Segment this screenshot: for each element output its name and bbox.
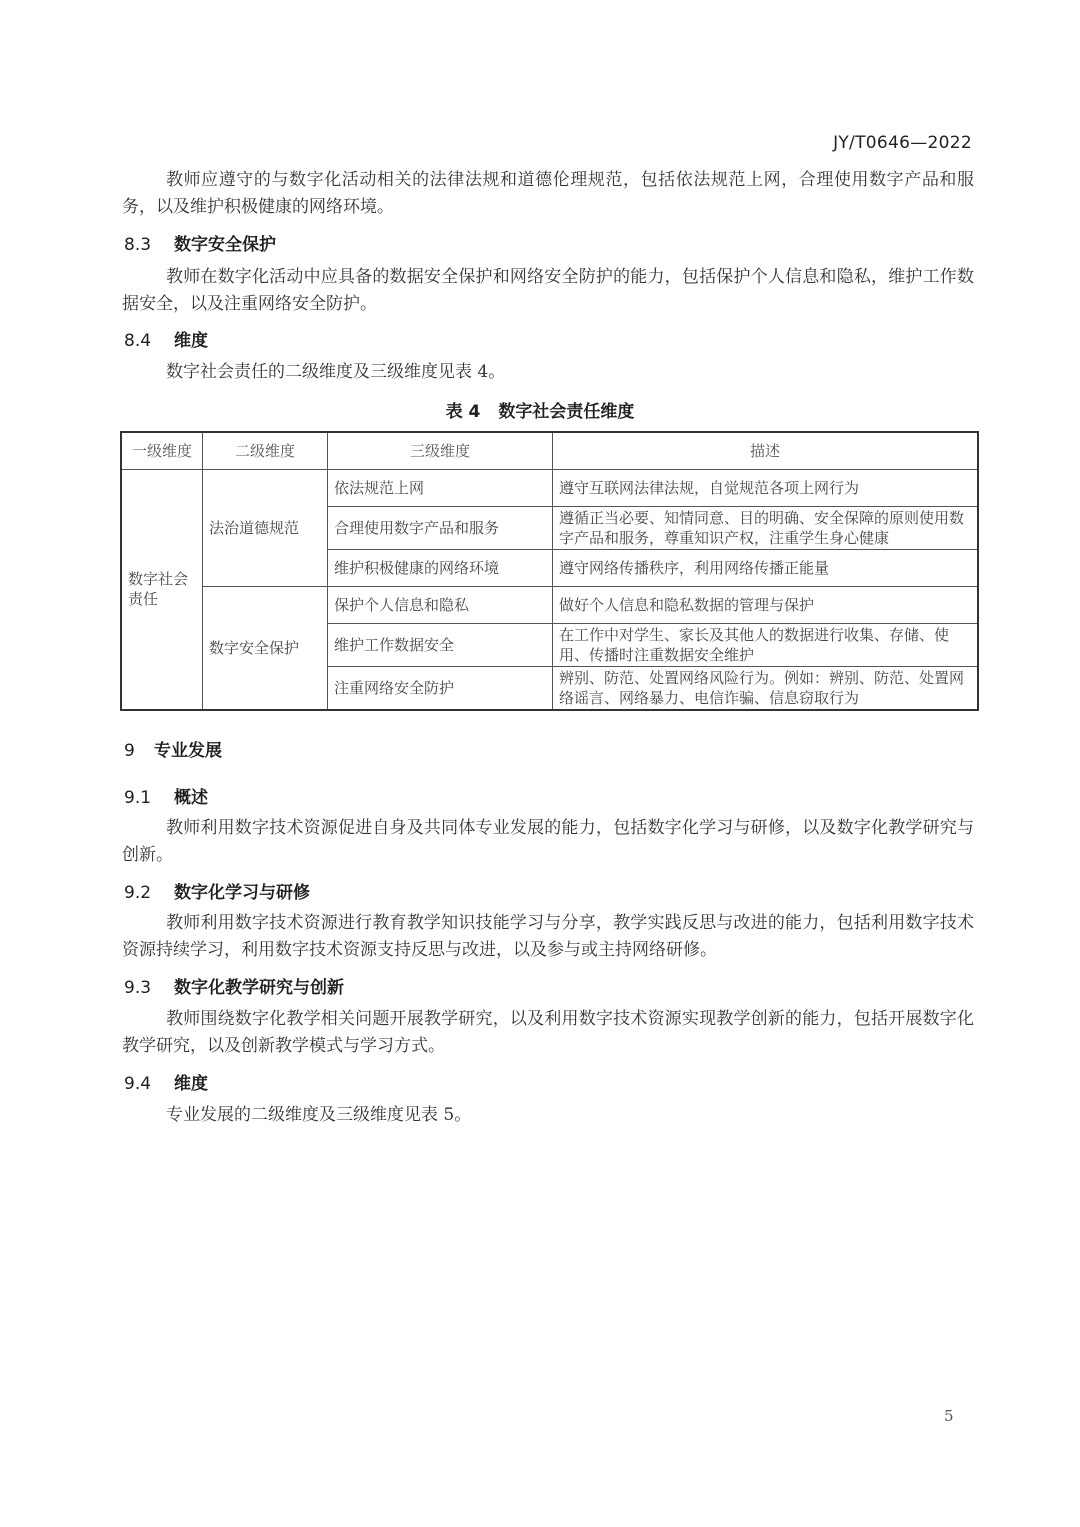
description-cell: 辨别、防范、处置网络风险行为。例如：辨别、防范、处置网络谣言、网络暴力、电信诈骗… <box>553 667 979 710</box>
section-number: 8.4 <box>124 331 174 351</box>
intro-paragraph: 教师应遵守的与数字化活动相关的法律法规和道德伦理规范，包括依法规范上网，合理使用… <box>122 167 974 221</box>
level3-cell: 维护工作数据安全 <box>328 624 553 667</box>
section-title: 维度 <box>174 1074 208 1094</box>
section-title: 数字化学习与研修 <box>174 883 310 903</box>
header-level2: 二级维度 <box>203 432 328 470</box>
section-title: 概述 <box>174 788 208 808</box>
section-title: 数字安全保护 <box>174 235 276 255</box>
section-title: 数字化教学研究与创新 <box>174 978 344 998</box>
level3-cell: 依法规范上网 <box>328 470 553 507</box>
table-row: 数字社会 责任 法治道德规范 依法规范上网 遵守互联网法律法规，自觉规范各项上网… <box>121 470 978 507</box>
table-header-row: 一级维度 二级维度 三级维度 描述 <box>121 432 978 470</box>
page-number: 5 <box>944 1407 954 1425</box>
header-level1: 一级维度 <box>121 432 203 470</box>
description-cell: 做好个人信息和隐私数据的管理与保护 <box>553 587 979 624</box>
section-body-9-4: 专业发展的二级维度及三级维度见表 5。 <box>122 1102 974 1129</box>
section-body-8-4: 数字社会责任的二级维度及三级维度见表 4。 <box>122 359 974 386</box>
section-body-9-1: 教师利用数字技术资源促进自身及共同体专业发展的能力，包括数字化学习与研修，以及数… <box>122 815 974 869</box>
description-cell: 遵循正当必要、知情同意、目的明确、安全保障的原则使用数字产品和服务，尊重知识产权… <box>553 507 979 550</box>
section-heading-9-1: 9.1概述 <box>124 783 208 808</box>
section-number: 9 <box>124 741 154 761</box>
table-caption-title: 数字社会责任维度 <box>498 402 634 422</box>
header-description: 描述 <box>553 432 979 470</box>
standard-code: JY/T0646—2022 <box>833 133 972 153</box>
description-cell: 遵守互联网法律法规，自觉规范各项上网行为 <box>553 470 979 507</box>
dimension-table: 一级维度 二级维度 三级维度 描述 数字社会 责任 法治道德规范 依法规范上网 … <box>120 431 979 711</box>
section-number: 9.4 <box>124 1074 174 1094</box>
header-level3: 三级维度 <box>328 432 553 470</box>
section-body-9-3: 教师围绕数字化教学相关问题开展教学研究，以及利用数字技术资源实现教学创新的能力，… <box>122 1006 974 1060</box>
section-body-9-2: 教师利用数字技术资源进行教育教学知识技能学习与分享，教学实践反思与改进的能力，包… <box>122 910 974 964</box>
level2-cell: 法治道德规范 <box>203 470 328 587</box>
section-heading-8-3: 8.3数字安全保护 <box>124 230 276 255</box>
description-cell: 遵守网络传播秩序，利用网络传播正能量 <box>553 550 979 587</box>
section-heading-9: 9专业发展 <box>124 736 222 761</box>
section-heading-8-4: 8.4维度 <box>124 326 208 351</box>
section-title: 专业发展 <box>154 741 222 761</box>
table-caption-number: 表 4 <box>446 402 481 422</box>
level3-cell: 保护个人信息和隐私 <box>328 587 553 624</box>
table-row: 数字安全保护 保护个人信息和隐私 做好个人信息和隐私数据的管理与保护 <box>121 587 978 624</box>
section-number: 9.1 <box>124 788 174 808</box>
section-number: 9.2 <box>124 883 174 903</box>
section-number: 9.3 <box>124 978 174 998</box>
section-number: 8.3 <box>124 235 174 255</box>
level3-cell: 注重网络安全防护 <box>328 667 553 710</box>
section-heading-9-2: 9.2数字化学习与研修 <box>124 878 310 903</box>
level3-cell: 合理使用数字产品和服务 <box>328 507 553 550</box>
level2-cell: 数字安全保护 <box>203 587 328 710</box>
section-heading-9-3: 9.3数字化教学研究与创新 <box>124 973 344 998</box>
table-caption: 表 4数字社会责任维度 <box>0 397 1080 422</box>
section-heading-9-4: 9.4维度 <box>124 1069 208 1094</box>
section-title: 维度 <box>174 331 208 351</box>
level3-cell: 维护积极健康的网络环境 <box>328 550 553 587</box>
section-body-8-3: 教师在数字化活动中应具备的数据安全保护和网络安全防护的能力，包括保护个人信息和隐… <box>122 264 974 318</box>
level1-cell: 数字社会 责任 <box>121 470 203 710</box>
description-cell: 在工作中对学生、家长及其他人的数据进行收集、存储、使用、传播时注重数据安全维护 <box>553 624 979 667</box>
